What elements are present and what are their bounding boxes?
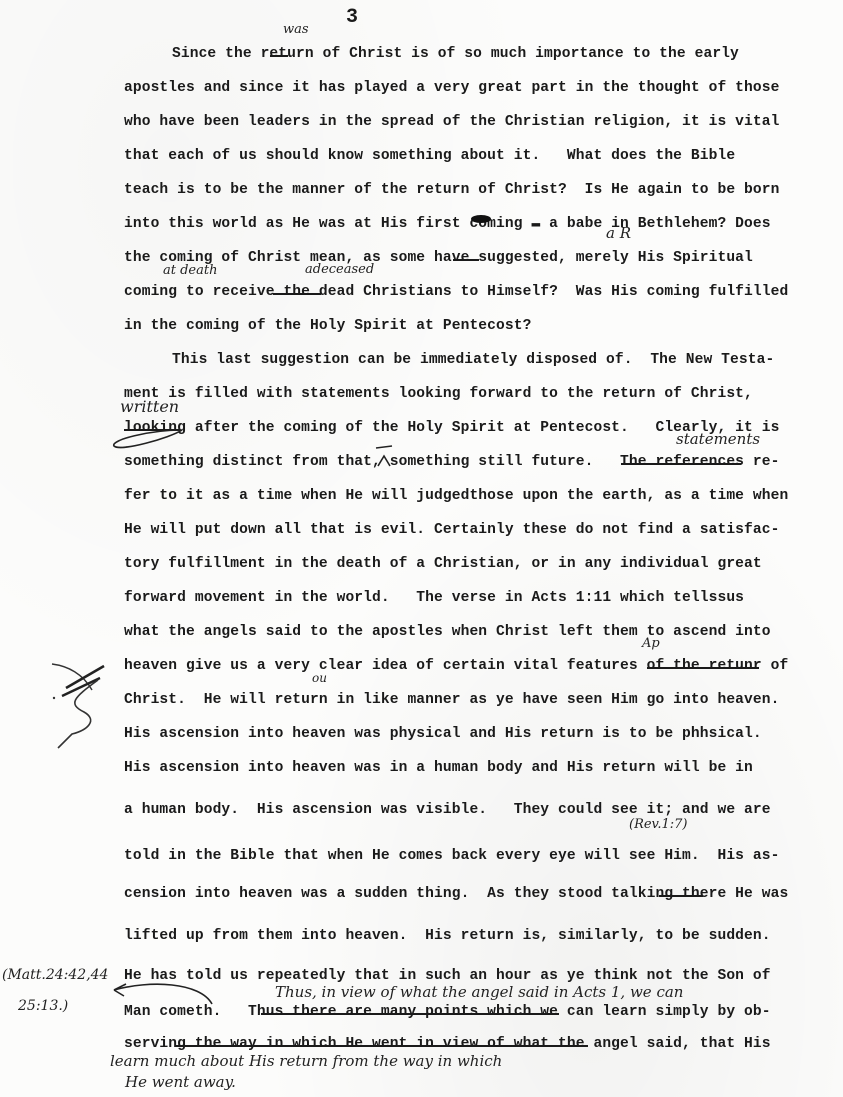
handwritten-note: at death xyxy=(163,263,217,278)
handwritten-note: (Rev.1:7) xyxy=(629,817,687,832)
handwritten-note: a R xyxy=(606,224,631,242)
strikethrough-line xyxy=(176,1045,588,1047)
text-line: serving the way in which He went in view… xyxy=(124,1035,771,1053)
blot-mark-icon xyxy=(470,212,496,226)
strikethrough-line xyxy=(261,1013,559,1015)
strikethrough-line xyxy=(273,293,321,295)
strikethrough-line xyxy=(453,259,479,261)
text-line: Man cometh. Thus there are many points w… xyxy=(124,1003,771,1021)
text-line: coming to receive the dead Christians to… xyxy=(124,283,788,301)
text-line: apostles and since it has played a very … xyxy=(124,79,779,97)
handwritten-note: statements xyxy=(676,430,760,448)
text-line: ment is filled with statements looking f… xyxy=(124,385,753,403)
handwritten-note: adeceased xyxy=(305,262,374,277)
text-line: that each of us should know something ab… xyxy=(124,147,735,165)
handwritten-note: learn much about His return from the way… xyxy=(110,1052,502,1070)
handwritten-note: 25:13.) xyxy=(18,998,68,1014)
text-line: His ascension into heaven was physical a… xyxy=(124,725,762,743)
caret-insert-icon xyxy=(374,444,394,470)
squiggle-mark-icon xyxy=(48,660,118,750)
text-line: in the coming of the Holy Spirit at Pent… xyxy=(124,317,531,335)
strikethrough-line xyxy=(270,55,288,57)
strikethrough-line xyxy=(659,895,703,897)
text-line: into this world as He was at His first c… xyxy=(124,215,771,233)
handwritten-note: Ap xyxy=(642,636,660,651)
text-line: something distinct from that, something … xyxy=(124,453,779,471)
text-line: what the angels said to the apostles whe… xyxy=(124,623,771,641)
text-line: forward movement in the world. The verse… xyxy=(124,589,744,607)
handwritten-note: He went away. xyxy=(125,1073,236,1091)
text-line: who have been leaders in the spread of t… xyxy=(124,113,779,131)
text-line: cension into heaven was a sudden thing. … xyxy=(124,885,788,903)
strikethrough-line xyxy=(621,463,741,465)
loop-mark-icon xyxy=(100,412,190,452)
text-line: heaven give us a very clear idea of cert… xyxy=(124,657,788,675)
text-line: tory fulfillment in the death of a Chris… xyxy=(124,555,762,573)
handwritten-note: ou xyxy=(312,671,327,685)
text-line: He will put down all that is evil. Certa… xyxy=(124,521,779,539)
text-line: the coming of Christ mean, as some have … xyxy=(124,249,753,267)
text-line: His ascension into heaven was in a human… xyxy=(124,759,753,777)
text-line: Christ. He will return in like manner as… xyxy=(124,691,779,709)
strikethrough-line xyxy=(647,667,759,669)
text-line: lifted up from them into heaven. His ret… xyxy=(124,927,771,945)
handwritten-note: Thus, in view of what the angel said in … xyxy=(275,983,683,1001)
page-number: 3 xyxy=(346,6,358,29)
document-page: 3 Since the return of Christ is of so mu… xyxy=(0,0,843,1097)
text-line: fer to it as a time when He will judgedt… xyxy=(124,487,788,505)
text-line: teach is to be the manner of the return … xyxy=(124,181,779,199)
handwritten-note: (Matt.24:42,44 xyxy=(2,967,108,983)
text-line: told in the Bible that when He comes bac… xyxy=(124,847,779,865)
text-line: This last suggestion can be immediately … xyxy=(172,351,774,369)
text-line: Since the return of Christ is of so much… xyxy=(172,45,739,63)
handwritten-note: was xyxy=(283,22,309,37)
arrow-mark-icon xyxy=(110,978,220,1008)
